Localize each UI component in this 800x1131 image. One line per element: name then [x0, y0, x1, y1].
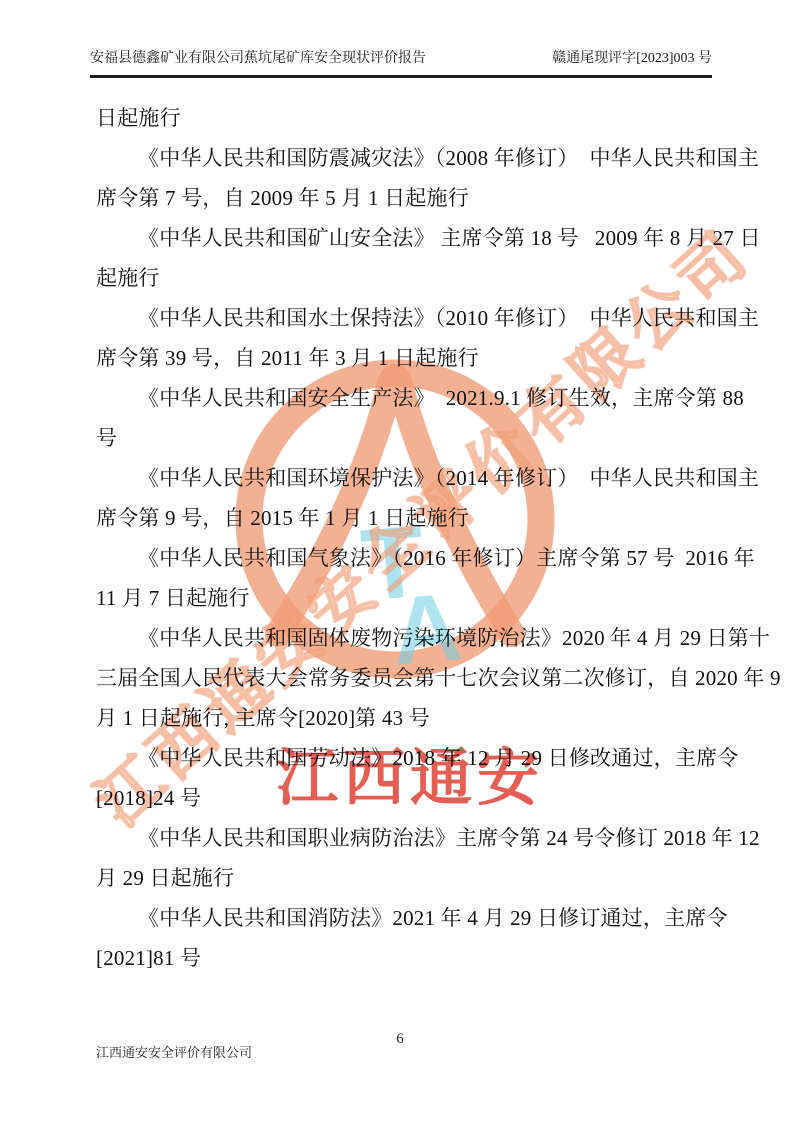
- body-line: [2021]81 号: [96, 938, 708, 978]
- page-number: 6: [0, 1031, 800, 1048]
- body-line: 《中华人民共和国矿山安全法》 主席令第 18 号 2009 年 8 月 27 日: [96, 218, 708, 258]
- body-line: 席令第 9 号，自 2015 年 1 月 1 日起施行: [96, 498, 708, 538]
- body-line: 席令第 39 号，自 2011 年 3 月 1 日起施行: [96, 338, 708, 378]
- body-line: 《中华人民共和国劳动法》2018 年 12 月 29 日修改通过，主席令: [96, 738, 708, 778]
- document-body: 日起施行 《中华人民共和国防震减灾法》（2008 年修订） 中华人民共和国主 席…: [96, 98, 708, 978]
- body-line: 《中华人民共和国水土保持法》（2010 年修订） 中华人民共和国主: [96, 298, 708, 338]
- body-line: 11 月 7 日起施行: [96, 578, 708, 618]
- body-line: 月 29 日起施行: [96, 858, 708, 898]
- document-page: T A 江西通安安全评价有限公司 江西通安 安福县德鑫矿业有限公司蕉坑尾矿库安全…: [0, 0, 800, 1131]
- body-line: 《中华人民共和国环境保护法》（2014 年修订） 中华人民共和国主: [96, 458, 708, 498]
- header-document-number: 赣通尾现评字[2023]003 号: [552, 50, 712, 68]
- body-line: 《中华人民共和国防震减灾法》（2008 年修订） 中华人民共和国主: [96, 138, 708, 178]
- body-line: 《中华人民共和国气象法》（2016 年修订）主席令第 57 号 2016 年: [96, 538, 708, 578]
- body-line: 日起施行: [96, 98, 708, 138]
- body-line: [2018]24 号: [96, 778, 708, 818]
- header-report-title: 安福县德鑫矿业有限公司蕉坑尾矿库安全现状评价报告: [90, 50, 426, 68]
- body-line: 《中华人民共和国固体废物污染环境防治法》2020 年 4 月 29 日第十: [96, 618, 708, 658]
- body-line: 三届全国人民代表大会常务委员会第十七次会议第二次修订，自 2020 年 9: [96, 658, 708, 698]
- page-header: 安福县德鑫矿业有限公司蕉坑尾矿库安全现状评价报告 赣通尾现评字[2023]003…: [90, 50, 712, 78]
- body-line: 《中华人民共和国消防法》2021 年 4 月 29 日修订通过，主席令: [96, 898, 708, 938]
- body-line: 《中华人民共和国职业病防治法》主席令第 24 号令修订 2018 年 12: [96, 818, 708, 858]
- body-line: 席令第 7 号，自 2009 年 5 月 1 日起施行: [96, 178, 708, 218]
- body-line: 月 1 日起施行, 主席令[2020]第 43 号: [96, 698, 708, 738]
- body-line: 号: [96, 418, 708, 458]
- body-line: 《中华人民共和国安全生产法》 2021.9.1 修订生效，主席令第 88: [96, 378, 708, 418]
- body-line: 起施行: [96, 258, 708, 298]
